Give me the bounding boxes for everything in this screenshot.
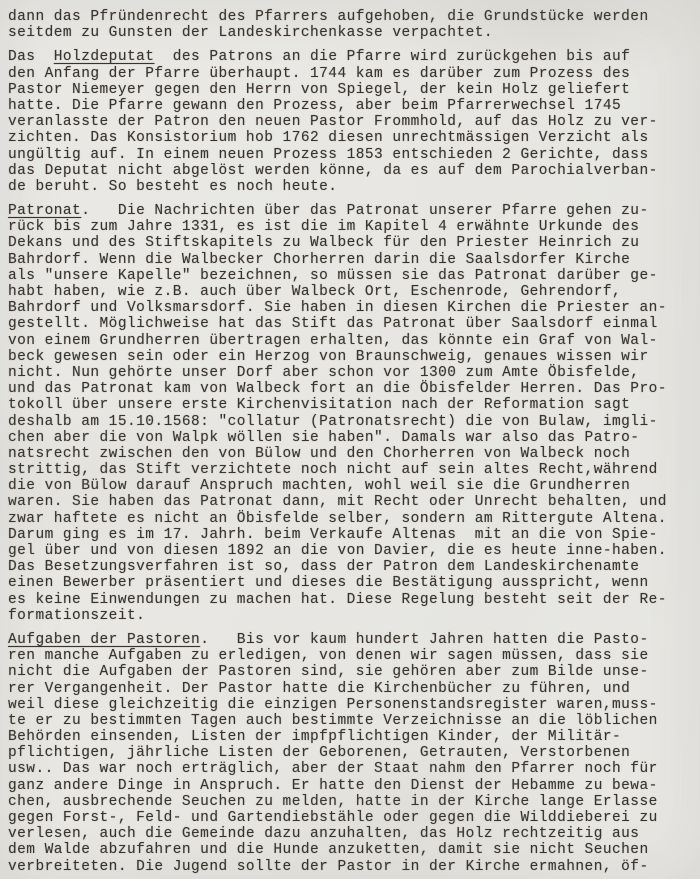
text-segment: te er zu bestimmten Tagen auch bestimmte… <box>8 713 658 729</box>
text-segment: das Deputat nicht abgelöst werden könne,… <box>8 163 658 179</box>
underlined-heading: Patronat <box>8 203 81 219</box>
text-segment: zwar haftete es nicht an Öbisfelde selbe… <box>8 511 667 527</box>
text-segment: weil diese gleichzeitig die einzigen Per… <box>8 697 658 713</box>
text-line: nicht die Aufgaben der Pastoren sind, si… <box>8 664 696 680</box>
text-line: formationszeit. <box>8 608 696 624</box>
text-segment: tokoll über unsere erste Kirchenvisitati… <box>8 397 630 413</box>
text-segment: verbreiteten. Die Jugend sollte der Past… <box>8 859 649 875</box>
text-segment: Pastor Niemeyer gegen den Herrn von Spie… <box>8 82 630 98</box>
text-segment: hatte. Die Pfarre gewann den Prozess, ab… <box>8 98 621 114</box>
text-line: te er zu bestimmten Tagen auch bestimmte… <box>8 713 696 729</box>
text-line: von einem Grundherren übertragen erhalte… <box>8 333 696 349</box>
text-line: veranlasste der Patron den neuen Pastor … <box>8 114 696 130</box>
text-line: chen aber die von Walpk wöllen sie haben… <box>8 430 696 446</box>
text-segment: zichten. Das Konsistorium hob 1762 diese… <box>8 130 649 146</box>
text-segment: de beruht. So besteht es noch heute. <box>8 179 337 195</box>
text-line: verlesen, auch die Gemeinde dazu anzuhal… <box>8 826 696 842</box>
underlined-heading: Holzdeputat <box>54 49 155 65</box>
text-segment: einen Bewerber präsentiert und dieses di… <box>8 575 649 591</box>
text-line: Darum ging es im 17. Jahrh. beim Verkauf… <box>8 527 696 543</box>
text-segment: pflichtigen, jährliche Listen der Gebore… <box>8 745 630 761</box>
text-line: Das Besetzungsverfahren ist so, dass der… <box>8 559 696 575</box>
section-patronat: Patronat. Die Nachrichten über das Patro… <box>8 203 696 624</box>
text-segment: als "unsere Kapelle" bezeichnen, so müss… <box>8 268 658 284</box>
text-line: Pastor Niemeyer gegen den Herrn von Spie… <box>8 82 696 98</box>
section-aufgaben-der-pastoren: Aufgaben der Pastoren. Bis vor kaum hund… <box>8 632 696 875</box>
text-line: das Deputat nicht abgelöst werden könne,… <box>8 163 696 179</box>
text-segment: formationszeit. <box>8 608 145 624</box>
text-line: seitdem zu Gunsten der Landeskirchenkass… <box>8 25 696 41</box>
text-line: waren. Sie haben das Patronat dann, mit … <box>8 494 696 510</box>
text-line: hatte. Die Pfarre gewann den Prozess, ab… <box>8 98 696 114</box>
underlined-heading: Aufgaben der Pastoren <box>8 632 200 648</box>
text-segment: den Anfang der Pfarre überhaupt. 1744 ka… <box>8 66 630 82</box>
text-line: de beruht. So besteht es noch heute. <box>8 179 696 195</box>
text-line: tokoll über unsere erste Kirchenvisitati… <box>8 397 696 413</box>
text-line: ungültig auf. In einem neuen Prozess 185… <box>8 147 696 163</box>
text-segment: Bahrdorf und Volksmarsdorf. Sie haben in… <box>8 300 667 316</box>
text-segment: von einem Grundherren übertragen erhalte… <box>8 333 658 349</box>
scanned-document-page: dann das Pfründenrecht des Pfarrers aufg… <box>0 0 700 879</box>
text-segment: waren. Sie haben das Patronat dann, mit … <box>8 494 667 510</box>
text-line: beck gewesen sein oder ein Herzog von Br… <box>8 349 696 365</box>
text-line: verbreiteten. Die Jugend sollte der Past… <box>8 859 696 875</box>
text-line: ganz andere Dinge in Anspruch. Er hatte … <box>8 778 696 794</box>
text-line: Behörden einsenden, Listen der impfpflic… <box>8 729 696 745</box>
text-segment: beck gewesen sein oder ein Herzog von Br… <box>8 349 649 365</box>
text-segment: Bahrdorf. Wenn die Walbecker Chorherren … <box>8 252 630 268</box>
text-segment: usw.. Das war noch erträglich, aber der … <box>8 761 658 777</box>
text-segment: Darum ging es im 17. Jahrh. beim Verkauf… <box>8 527 658 543</box>
text-segment: des Patrons an die Pfarre wird zurückgeh… <box>154 49 630 65</box>
text-segment: ganz andere Dinge in Anspruch. Er hatte … <box>8 778 658 794</box>
text-segment: chen, ausbrechende Seuchen zu melden, ha… <box>8 794 658 810</box>
text-segment: dem Walde abzufahren und die Hunde anzuk… <box>8 842 649 858</box>
text-segment: ungültig auf. In einem neuen Prozess 185… <box>8 147 649 163</box>
text-line: Das Holzdeputat des Patrons an die Pfarr… <box>8 49 696 65</box>
text-line: natsrecht zwischen den von Bülow und den… <box>8 446 696 462</box>
text-segment: nicht. Nun gehörte unser Dorf aber schon… <box>8 365 639 381</box>
text-line: es keine Einwendungen zu machen hat. Die… <box>8 592 696 608</box>
text-line: ren manche Aufgaben zu erledigen, von de… <box>8 648 696 664</box>
text-segment: natsrecht zwischen den von Bülow und den… <box>8 446 630 462</box>
text-line: rer Vergangenheit. Der Pastor hatte die … <box>8 681 696 697</box>
text-line: als "unsere Kapelle" bezeichnen, so müss… <box>8 268 696 284</box>
text-line: rück bis zum Jahre 1331, es ist die im K… <box>8 219 696 235</box>
text-line: Dekans und des Stiftskapitels zu Walbeck… <box>8 235 696 251</box>
text-line: weil diese gleichzeitig die einzigen Per… <box>8 697 696 713</box>
text-segment: verlesen, auch die Gemeinde dazu anzuhal… <box>8 826 639 842</box>
text-segment: strittig, das Stift verzichtete noch nic… <box>8 462 658 478</box>
text-segment: habt haben, wie z.B. auch über Walbeck O… <box>8 284 621 300</box>
text-segment: rer Vergangenheit. Der Pastor hatte die … <box>8 681 630 697</box>
text-segment: . Bis vor kaum hundert Jahren hatten die… <box>200 632 648 648</box>
text-segment: es keine Einwendungen zu machen hat. Die… <box>8 592 667 608</box>
text-line: habt haben, wie z.B. auch über Walbeck O… <box>8 284 696 300</box>
text-segment: nicht die Aufgaben der Pastoren sind, si… <box>8 664 649 680</box>
text-segment: und das Patronat kam von Walbeck fort an… <box>8 381 667 397</box>
text-segment: Das <box>8 49 54 65</box>
text-segment: chen aber die von Walpk wöllen sie haben… <box>8 430 639 446</box>
continuation-paragraph: dann das Pfründenrecht des Pfarrers aufg… <box>8 9 696 41</box>
document-body: dann das Pfründenrecht des Pfarrers aufg… <box>8 9 696 875</box>
text-line: dem Walde abzufahren und die Hunde anzuk… <box>8 842 696 858</box>
text-segment: Das Besetzungsverfahren ist so, dass der… <box>8 559 639 575</box>
text-line: Patronat. Die Nachrichten über das Patro… <box>8 203 696 219</box>
text-segment: gel über und von diesen 1892 an die von … <box>8 543 667 559</box>
text-line: dann das Pfründenrecht des Pfarrers aufg… <box>8 9 696 25</box>
text-segment: seitdem zu Gunsten der Landeskirchenkass… <box>8 25 493 41</box>
text-line: strittig, das Stift verzichtete noch nic… <box>8 462 696 478</box>
text-segment: rück bis zum Jahre 1331, es ist die im K… <box>8 219 639 235</box>
text-line: Bahrdorf und Volksmarsdorf. Sie haben in… <box>8 300 696 316</box>
section-holzdeputat: Das Holzdeputat des Patrons an die Pfarr… <box>8 49 696 195</box>
text-segment: ren manche Aufgaben zu erledigen, von de… <box>8 648 649 664</box>
text-segment: . Die Nachrichten über das Patronat unse… <box>81 203 648 219</box>
text-line: gegen Forst-, Feld- und Gartendiebstähle… <box>8 810 696 826</box>
text-line: Bahrdorf. Wenn die Walbecker Chorherren … <box>8 252 696 268</box>
text-line: nicht. Nun gehörte unser Dorf aber schon… <box>8 365 696 381</box>
text-segment: gegen Forst-, Feld- und Gartendiebstähle… <box>8 810 658 826</box>
text-line: die von Bülow darauf Anspruch machten, w… <box>8 478 696 494</box>
text-line: gel über und von diesen 1892 an die von … <box>8 543 696 559</box>
text-line: usw.. Das war noch erträglich, aber der … <box>8 761 696 777</box>
text-segment: deshalb am 15.10.1568: "collatur (Patron… <box>8 414 658 430</box>
text-line: zichten. Das Konsistorium hob 1762 diese… <box>8 130 696 146</box>
text-line: zwar haftete es nicht an Öbisfelde selbe… <box>8 511 696 527</box>
text-line: Aufgaben der Pastoren. Bis vor kaum hund… <box>8 632 696 648</box>
text-segment: Dekans und des Stiftskapitels zu Walbeck… <box>8 235 639 251</box>
text-line: gestellt. Möglichweise hat das Stift das… <box>8 316 696 332</box>
text-segment: die von Bülow darauf Anspruch machten, w… <box>8 478 630 494</box>
text-line: chen, ausbrechende Seuchen zu melden, ha… <box>8 794 696 810</box>
text-line: den Anfang der Pfarre überhaupt. 1744 ka… <box>8 66 696 82</box>
text-line: einen Bewerber präsentiert und dieses di… <box>8 575 696 591</box>
text-segment: gestellt. Möglichweise hat das Stift das… <box>8 316 658 332</box>
text-segment: dann das Pfründenrecht des Pfarrers aufg… <box>8 9 649 25</box>
text-segment: Behörden einsenden, Listen der impfpflic… <box>8 729 621 745</box>
text-segment: veranlasste der Patron den neuen Pastor … <box>8 114 658 130</box>
text-line: deshalb am 15.10.1568: "collatur (Patron… <box>8 414 696 430</box>
text-line: pflichtigen, jährliche Listen der Gebore… <box>8 745 696 761</box>
text-line: und das Patronat kam von Walbeck fort an… <box>8 381 696 397</box>
